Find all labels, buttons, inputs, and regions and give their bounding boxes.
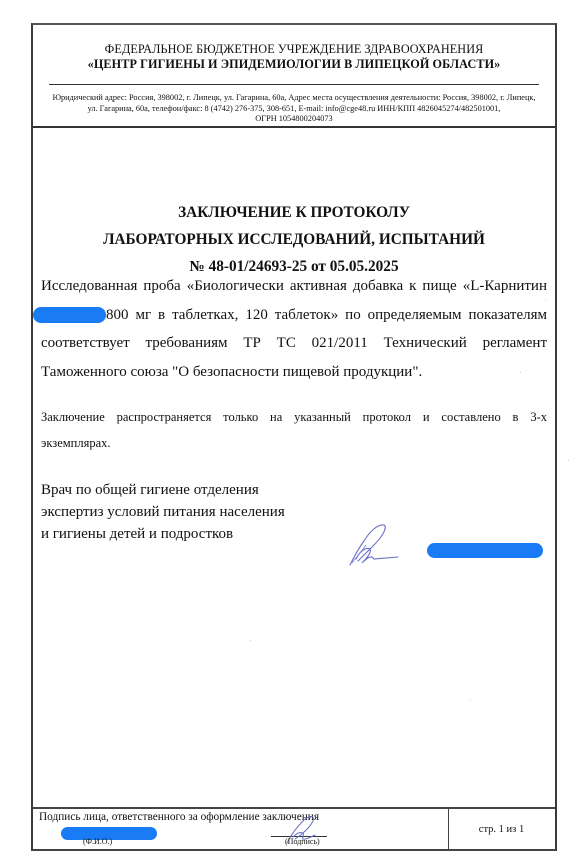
ogrn-line: ОГРН 1054800204073 <box>35 114 553 125</box>
address-line: ул. Гагарина, 60а, телефон/факс: 8 (4742… <box>35 104 553 115</box>
address-line: Юридический адрес: Россия, 398002, г. Ли… <box>35 93 553 104</box>
conclusion-paragraph: Исследованная проба «Биологически активн… <box>41 272 547 386</box>
conclusion-text-end: 800 мг в таблетках, 120 таблеток» по опр… <box>41 307 547 380</box>
scan-speckle <box>568 460 569 461</box>
scope-note-paragraph: Заключение распространяется только на ук… <box>41 404 547 456</box>
footer-responsible-cell: Подпись лица, ответственного за оформлен… <box>33 809 449 849</box>
signer-position: Врач по общей гигиене отделения эксперти… <box>41 479 285 545</box>
scan-speckle <box>520 372 521 373</box>
document-frame: ФЕДЕРАЛЬНОЕ БЮДЖЕТНОЕ УЧРЕЖДЕНИЕ ЗДРАВОО… <box>31 23 557 851</box>
header-divider <box>49 84 539 85</box>
signer-name-redaction <box>427 543 543 558</box>
signature-icon <box>342 521 412 567</box>
title-line: ЛАБОРАТОРНЫХ ИССЛЕДОВАНИЙ, ИСПЫТАНИЙ <box>33 226 555 253</box>
title-line: ЗАКЛЮЧЕНИЕ К ПРОТОКОЛУ <box>33 199 555 226</box>
scan-speckle <box>545 300 546 301</box>
footer-table: Подпись лица, ответственного за оформлен… <box>33 807 555 849</box>
page-number: стр. 1 из 1 <box>479 824 524 835</box>
responsible-label: Подпись лица, ответственного за оформлен… <box>39 811 319 823</box>
scan-speckle <box>470 700 471 701</box>
organization-header: ФЕДЕРАЛЬНОЕ БЮДЖЕТНОЕ УЧРЕЖДЕНИЕ ЗДРАВОО… <box>33 42 555 72</box>
conclusion-text-start: Исследованная проба «Биологически активн… <box>41 278 547 294</box>
position-line: Врач по общей гигиене отделения <box>41 479 285 501</box>
page-number-cell: стр. 1 из 1 <box>448 809 555 849</box>
organization-name: «ЦЕНТР ГИГИЕНЫ И ЭПИДЕМИОЛОГИИ В ЛИПЕЦКО… <box>33 57 555 72</box>
position-line: и гигиены детей и подростков <box>41 523 285 545</box>
header-bottom-divider <box>33 126 555 128</box>
organization-type: ФЕДЕРАЛЬНОЕ БЮДЖЕТНОЕ УЧРЕЖДЕНИЕ ЗДРАВОО… <box>33 42 555 57</box>
name-caption: (Ф.И.О.) <box>83 837 112 846</box>
document-title: ЗАКЛЮЧЕНИЕ К ПРОТОКОЛУ ЛАБОРАТОРНЫХ ИССЛ… <box>33 199 555 280</box>
signature-caption: (Подпись) <box>285 837 320 846</box>
position-line: экспертиз условий питания населения <box>41 501 285 523</box>
organization-address: Юридический адрес: Россия, 398002, г. Ли… <box>35 93 553 125</box>
scan-speckle <box>250 640 251 641</box>
product-name-redaction <box>33 307 106 323</box>
